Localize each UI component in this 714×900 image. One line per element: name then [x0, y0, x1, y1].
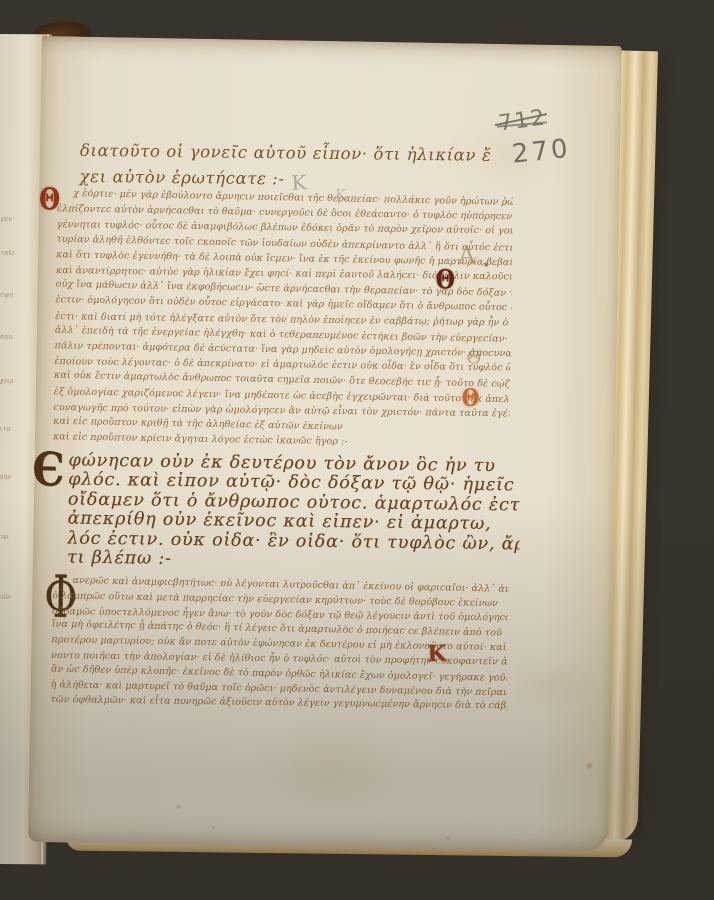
margin-letter-alpha: Α	[458, 241, 476, 269]
manuscript-page: 712 270 διατοῦτο οἱ γονεῖϲ αὐτοῦ εἶπον· …	[28, 36, 622, 852]
margin-letter-theta-faded: Θ	[466, 347, 481, 368]
commentary-lower-block: ανερῶϲ καὶ ἀναμφιϲβητήτωϲ· οὐ λέγονται λ…	[50, 574, 508, 715]
margin-letter-theta-dark: Θ	[436, 264, 456, 296]
bleed-text-fragment: ϲψη	[0, 291, 30, 299]
bleed-text-fragment: τῶν	[0, 593, 28, 601]
commentary-upper-block: χ ἑόρτιε· μὲν γὰρ ἐβούλοντο ἄρνηϲιν ποιε…	[53, 186, 513, 452]
bleed-text-fragment: μεν	[1, 215, 31, 223]
gospel-text-block: φώνηϲαν οὖν ἐκ δευτέρου τὸν ἄνον ὃϲ ἦν τ…	[67, 452, 520, 574]
margin-letter-theta-orange: Θ	[462, 383, 480, 412]
folio-number-crossed: 712	[497, 105, 548, 136]
bleed-text-fragment: ϲαι	[0, 533, 29, 541]
crossed-number: 712	[497, 105, 548, 136]
bleed-text-fragment: μὴν	[0, 473, 29, 481]
bleed-text-fragment: χειρ	[0, 377, 30, 385]
bleed-text-fragment: ἀπο	[0, 333, 30, 341]
margin-asterisk-mark: ∗	[482, 258, 490, 271]
gospel-initial-epsilon: Є	[32, 442, 65, 497]
bleed-text-fragment: ταῖϲ	[0, 249, 30, 257]
bleed-text-fragment: ϲτο	[0, 425, 29, 433]
manuscript-photograph: μεν ταῖϲ ϲψη ἀπο χειρ ϲτο μὴν ϲαι τῶν 71…	[0, 0, 714, 900]
